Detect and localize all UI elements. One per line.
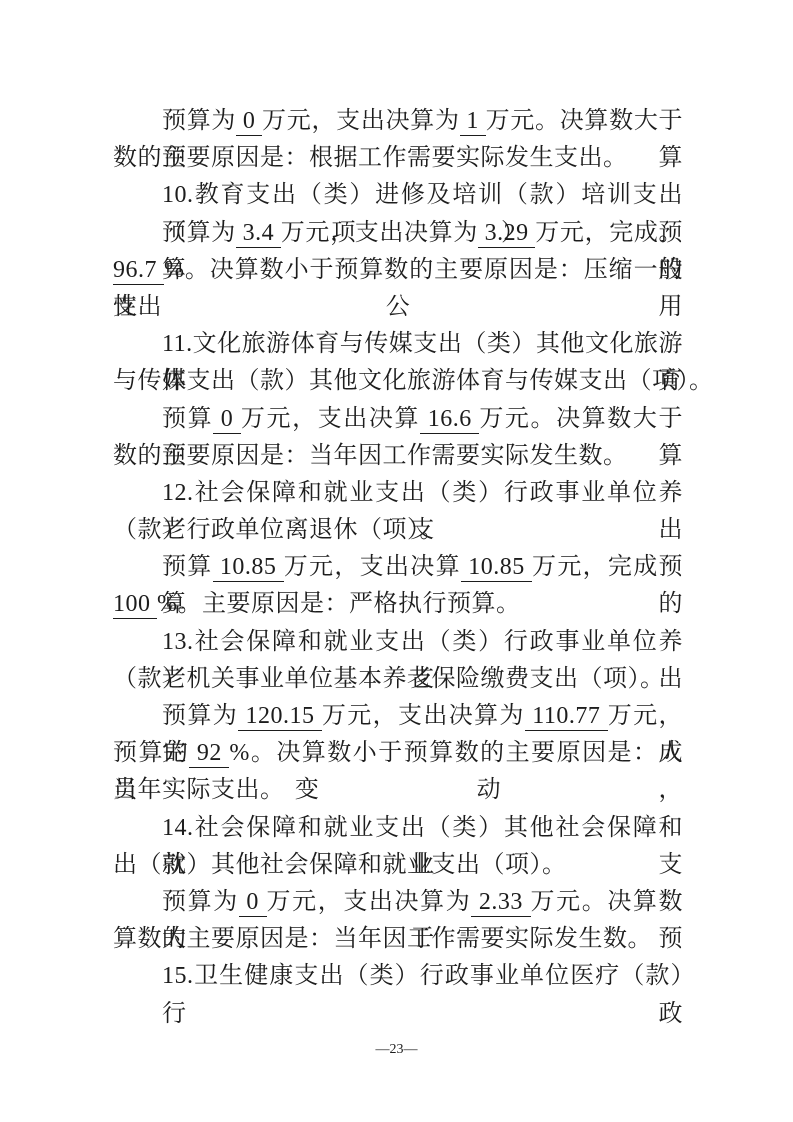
underlined-value: 96.7: [113, 257, 164, 285]
underlined-value: 3.4: [236, 220, 281, 248]
text-line: 预算为 120.15 万元，支出决算为 110.77 万元，完成: [113, 698, 683, 735]
text-segment: 万元，支出决算为: [267, 889, 472, 915]
text-line: 预算为 0 万元，支出决算为 2.33 万元。决算数大于预: [113, 884, 683, 921]
text-line: （款）机关事业单位基本养老保险缴费支出（项）。: [113, 661, 683, 698]
text-segment: （款）机关事业单位基本养老保险缴费支出（项）。: [113, 666, 665, 692]
text-segment: 预算为: [162, 703, 238, 729]
text-line: 与传媒支出（款）其他文化旅游体育与传媒支出（项）。: [113, 363, 683, 400]
document-page: 预算为 0 万元，支出决算为 1 万元。决算数大于预算数的主要原因是：根据工作需…: [0, 0, 793, 1122]
text-segment: 万元，支出决算为: [322, 703, 525, 729]
underlined-value: 16.6: [420, 406, 479, 434]
document-body: 预算为 0 万元，支出决算为 1 万元。决算数大于预算数的主要原因是：根据工作需…: [113, 103, 683, 996]
page-number: —23—: [0, 1042, 793, 1058]
underlined-value: 10.85: [213, 554, 284, 582]
text-segment: 算数的主要原因是：当年因工作需要实际发生数。: [113, 926, 652, 952]
underlined-value: 1: [460, 108, 486, 136]
text-segment: %。主要原因是：严格执行预算。: [157, 591, 521, 617]
text-segment: 预算为: [162, 108, 236, 134]
text-line: 11.文化旅游体育与传媒支出（类）其他文化旅游体育: [113, 326, 683, 363]
text-segment: 与传媒支出（款）其他文化旅游体育与传媒支出（项）。: [113, 368, 714, 394]
text-segment: 万元，支出决算为: [262, 108, 460, 134]
text-line: 预算为 0 万元，支出决算为 1 万元。决算数大于预算: [113, 103, 683, 140]
text-segment: 万元，支出决算为: [281, 220, 478, 246]
text-line: 预算为 3.4 万元，支出决算为 3.29 万元，完成预算的: [113, 215, 683, 252]
underlined-value: 110.77: [525, 703, 608, 731]
text-segment: 预算: [162, 406, 213, 432]
text-segment: 出（款）其他社会保障和就业支出（项）。: [113, 852, 567, 878]
underlined-value: 120.15: [238, 703, 322, 731]
text-segment: 当年实际支出。: [113, 777, 285, 803]
underlined-value: 0: [239, 889, 267, 917]
underlined-value: 0: [236, 108, 262, 136]
text-segment: 预算: [162, 554, 213, 580]
text-segment: 数的主要原因是：当年因工作需要实际发生数。: [113, 443, 628, 469]
text-segment: 预算的: [113, 740, 189, 766]
underlined-value: 3.29: [478, 220, 535, 248]
text-segment: 预算为: [162, 889, 239, 915]
underlined-value: 10.85: [461, 554, 532, 582]
underlined-value: 100: [113, 591, 157, 619]
text-line: 14.社会保障和就业支出（类）其他社会保障和就业支: [113, 810, 683, 847]
text-segment: 万元，支出决算: [241, 406, 420, 432]
text-line: 预算的 92 %。决算数小于预算数的主要原因是：人员变动，: [113, 735, 683, 772]
text-segment: 预算为: [162, 220, 236, 246]
text-segment: （款）行政单位离退休（项）。: [113, 517, 444, 543]
text-segment: %。决算数小于预算数的主要原因是：压缩一般性公用: [113, 257, 683, 320]
underlined-value: 0: [213, 406, 241, 434]
text-segment: 15.卫生健康支出（类）行政事业单位医疗（款）行政: [162, 963, 683, 1026]
underlined-value: 92: [189, 740, 229, 768]
text-segment: 支出: [113, 294, 162, 320]
text-line: 15.卫生健康支出（类）行政事业单位医疗（款）行政: [113, 958, 683, 995]
text-line: 数的主要原因是：当年因工作需要实际发生数。: [113, 438, 683, 475]
text-line: 10.教育支出（类）进修及培训（款）培训支出（项）。: [113, 177, 683, 214]
text-line: 预算 10.85 万元，支出决算 10.85 万元，完成预算的: [113, 549, 683, 586]
text-line: 13.社会保障和就业支出（类）行政事业单位养老支出: [113, 624, 683, 661]
text-segment: 数的主要原因是：根据工作需要实际发生支出。: [113, 145, 628, 171]
text-line: 数的主要原因是：根据工作需要实际发生支出。: [113, 140, 683, 177]
text-line: 12.社会保障和就业支出（类）行政事业单位养老支出: [113, 475, 683, 512]
text-line: 预算 0 万元，支出决算 16.6 万元。决算数大于预算: [113, 401, 683, 438]
text-line: 96.7 %。决算数小于预算数的主要原因是：压缩一般性公用: [113, 252, 683, 289]
text-segment: 万元，支出决算: [284, 554, 461, 580]
text-line: 算数的主要原因是：当年因工作需要实际发生数。: [113, 921, 683, 958]
underlined-value: 2.33: [471, 889, 530, 917]
